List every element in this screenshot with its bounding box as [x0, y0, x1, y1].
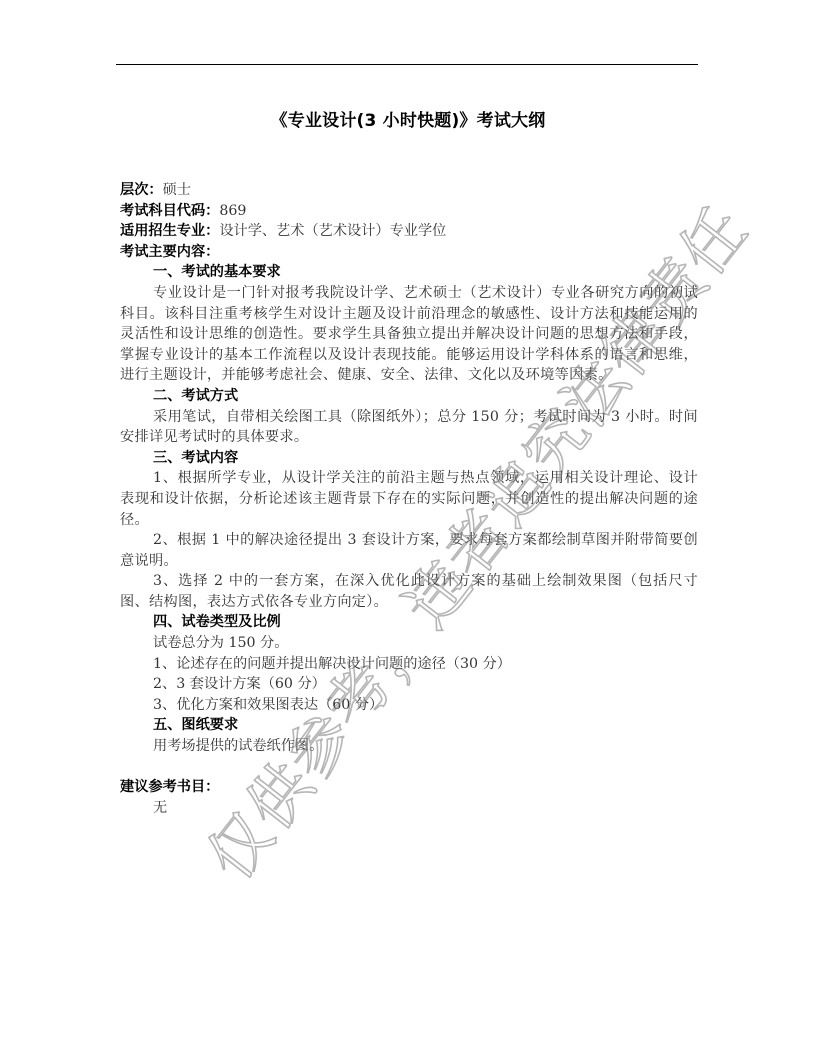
section-paragraph: 1、根据所学专业，从设计学关注的前沿主题与热点领域，运用相关设计理论、设计表现和…	[120, 468, 698, 530]
section-line: 试卷总分为 150 分。	[120, 633, 698, 654]
main-heading: 考试主要内容：	[120, 242, 698, 263]
references-heading: 建议参考书目：	[120, 777, 698, 798]
meta-subject-code: 考试科目代码：869	[120, 201, 698, 222]
section-paragraph: 2、根据 1 中的解决途径提出 3 套设计方案，要求每套方案都绘制草图并附带简要…	[120, 530, 698, 571]
section-heading: 四、试卷类型及比例	[120, 612, 698, 633]
section-line: 1、论述存在的问题并提出解决设计问题的途径（30 分）	[120, 654, 698, 675]
section-heading: 三、考试内容	[120, 448, 698, 469]
header-rule	[116, 64, 698, 65]
meta-value: 硕士	[163, 182, 191, 198]
meta-level: 层次：硕士	[120, 180, 698, 201]
meta-majors: 适用招生专业：设计学、艺术（艺术设计）专业学位	[120, 221, 698, 242]
spacer	[120, 757, 698, 778]
meta-value: 869	[219, 203, 246, 219]
section-paragraph: 专业设计是一门针对报考我院设计学、艺术硕士（艺术设计）专业各研究方向的初试科目。…	[120, 283, 698, 386]
document-body: 层次：硕士 考试科目代码：869 适用招生专业：设计学、艺术（艺术设计）专业学位…	[120, 180, 698, 818]
meta-label: 层次：	[120, 182, 163, 198]
section-heading: 五、图纸要求	[120, 715, 698, 736]
section-line: 3、优化方案和效果图表达（60 分）	[120, 695, 698, 716]
section-paragraph: 3、选择 2 中的一套方案，在深入优化此设计方案的基础上绘制效果图（包括尺寸图、…	[120, 571, 698, 612]
section-paragraph: 采用笔试，自带相关绘图工具（除图纸外）；总分 150 分；考试时间为 3 小时。…	[120, 407, 698, 448]
meta-label: 考试科目代码：	[120, 203, 219, 219]
references-value: 无	[120, 798, 698, 819]
section-heading: 一、考试的基本要求	[120, 262, 698, 283]
section-heading: 二、考试方式	[120, 386, 698, 407]
section-line: 用考场提供的试卷纸作图。	[120, 736, 698, 757]
document-title: 《专业设计(3 小时快题)》考试大纲	[0, 106, 816, 131]
section-line: 2、3 套设计方案（60 分）	[120, 674, 698, 695]
meta-value: 设计学、艺术（艺术设计）专业学位	[219, 223, 446, 239]
meta-label: 适用招生专业：	[120, 223, 219, 239]
